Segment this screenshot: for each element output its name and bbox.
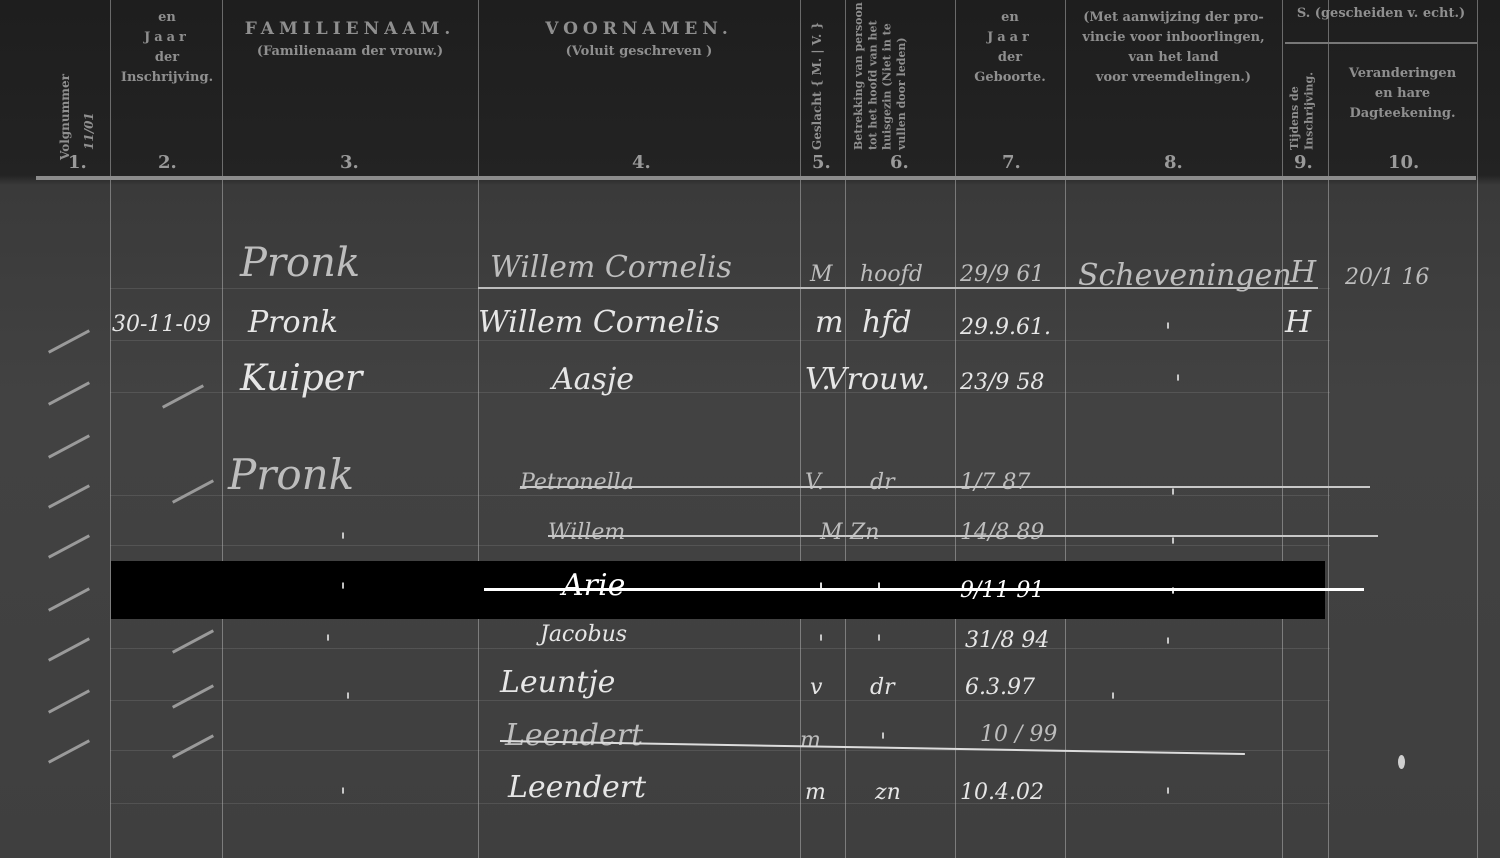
row5-sex: ' [818,580,824,605]
header-col5-label: Geslacht { M. | V. } [810,0,826,150]
row2-birth: 23/9 58 [960,370,1044,395]
row3-surname: Pronk [228,450,354,499]
col7-number: 7. [1002,152,1021,173]
row1-date: 30-11-09 [112,312,211,337]
row2-relation: Vrouw. [825,362,930,397]
row-line [110,340,1330,341]
row4-relation: Zn [850,520,879,545]
header-col9-label: Tijdens de Inschrijving. [1288,50,1326,150]
tick-mark [48,434,90,458]
header-col2: en Jaar der Inschrijving. [112,8,222,89]
row6-given: Jacobus [540,622,627,647]
row4-birth: 14/8 89 [960,520,1044,545]
row7-date: ' [345,690,351,715]
row9-date: ' [340,785,346,810]
row3-given: Petronella [520,470,634,495]
column-rule [1282,0,1283,858]
column-rule [1477,0,1478,858]
tick-mark [48,484,90,508]
tick-mark [48,329,90,353]
row0-given: Willem Cornelis [490,250,732,285]
col6-number: 6. [890,152,909,173]
row0-relation: hoofd [860,262,923,287]
row0-sex: M [810,262,833,287]
row4-sex: M [820,520,843,545]
row1-col9: H [1285,305,1311,340]
tick-mark [172,734,214,758]
header-col7: en Jaar der Geboorte. [955,8,1065,89]
row2-surname: Kuiper [240,358,362,399]
row3-sex: V. [805,470,824,495]
row0-strikethrough [478,287,1318,289]
row3-relation: dr [870,470,895,495]
row0-col9: H [1290,255,1316,290]
row0-col10: 20/1 16 [1345,265,1429,290]
row3-strikethrough [520,486,1370,488]
tick-mark [48,587,90,611]
col5-number: 5. [812,152,831,173]
row4-given: Willem [548,520,625,545]
row4-strikethrough [548,535,1378,537]
col3-number: 3. [340,152,359,173]
header-col9-10-group: S. (gescheiden v. echt.) [1285,4,1477,24]
row7-relation: dr [870,675,895,700]
header-col8: (Met aanwijzing der pro- vincie voor inb… [1065,8,1282,89]
row9-sex: m [805,780,826,805]
row8-birth: 10 / 99 [980,722,1057,747]
row6-date: ' [325,632,331,657]
col10-number: 10. [1388,152,1419,173]
column-rule [1328,0,1329,858]
tick-mark [48,381,90,405]
row9-birth: 10.4.02 [960,780,1044,805]
tick-mark [48,739,90,763]
row3-birth: 1/7 87 [960,470,1030,495]
row9-given: Leendert [508,770,646,805]
row6-relation: ' [876,632,882,657]
row0-surname: Pronk [240,240,360,286]
tick-mark [172,684,214,708]
row9-relation: zn [875,780,901,805]
tick-mark [172,629,214,653]
row3-place: ' [1170,486,1176,511]
row1-surname: Pronk [248,305,338,340]
header-col1-label: Volgnummer [58,10,74,160]
column-rule [110,0,111,858]
col4-number: 4. [632,152,651,173]
register-page: Volgnummer 11/01 1. en Jaar der Inschrij… [0,0,1500,858]
row-line [110,803,1330,804]
header-rule [36,176,1476,180]
column-rule [222,0,223,858]
tick-mark [48,534,90,558]
header-col10: Veranderingen en hare Dagteekening. [1328,64,1477,124]
column-rule [1065,0,1066,858]
row5-date: ' [340,580,346,605]
row6-place: ' [1165,635,1171,660]
tick-mark [172,479,214,503]
col1-number: 1. [68,152,87,173]
column-rule [478,0,479,858]
row1-given: Willem Cornelis [478,305,720,340]
row2-place: ' [1175,372,1181,397]
header-col6-label: Betrekking van persoon tot het hoofd van… [852,0,947,150]
row1-relation: hfd [862,305,912,340]
row7-sex: v [810,675,822,700]
row5-given: Arie [562,568,625,603]
row2-given: Aasje [552,362,634,397]
row7-birth: 6.3.97 [965,675,1035,700]
row1-place: ' [1165,320,1171,345]
row-line [110,700,1330,701]
tick-mark [48,689,90,713]
header-col4: VOORNAMEN. (Voluit geschreven ) [478,16,800,62]
row-line [110,648,1330,649]
col8-number: 8. [1164,152,1183,173]
header-col3: FAMILIENAAM. (Familienaam der vrouw.) [222,16,478,62]
paper-speck [1398,755,1405,769]
column-rule [845,0,846,858]
row1-sex: m [815,305,843,340]
tick-mark [162,384,204,408]
col9-number: 9. [1294,152,1313,173]
row9-place: ' [1165,785,1171,810]
col2-number: 2. [158,152,177,173]
row0-birth: 29/9 61 [960,262,1044,287]
row7-given: Leuntje [500,665,615,700]
margin-note: 11/01 [82,100,98,150]
row8-sex: m [800,728,821,753]
row8-relation: ' [880,730,886,755]
row4-date: ' [340,530,346,555]
row7-place: ' [1110,690,1116,715]
row6-birth: 31/8 94 [965,628,1049,653]
column-rule [955,0,956,858]
row5-relation: ' [876,580,882,605]
row1-birth: 29.9.61. [960,315,1051,340]
row4-place: ' [1170,535,1176,560]
row5-strikethrough [484,588,1364,591]
tick-mark [48,637,90,661]
group-rule [1285,42,1477,44]
row-line [110,545,1330,546]
row6-sex: ' [818,632,824,657]
row8-given: Leendert [505,718,643,753]
